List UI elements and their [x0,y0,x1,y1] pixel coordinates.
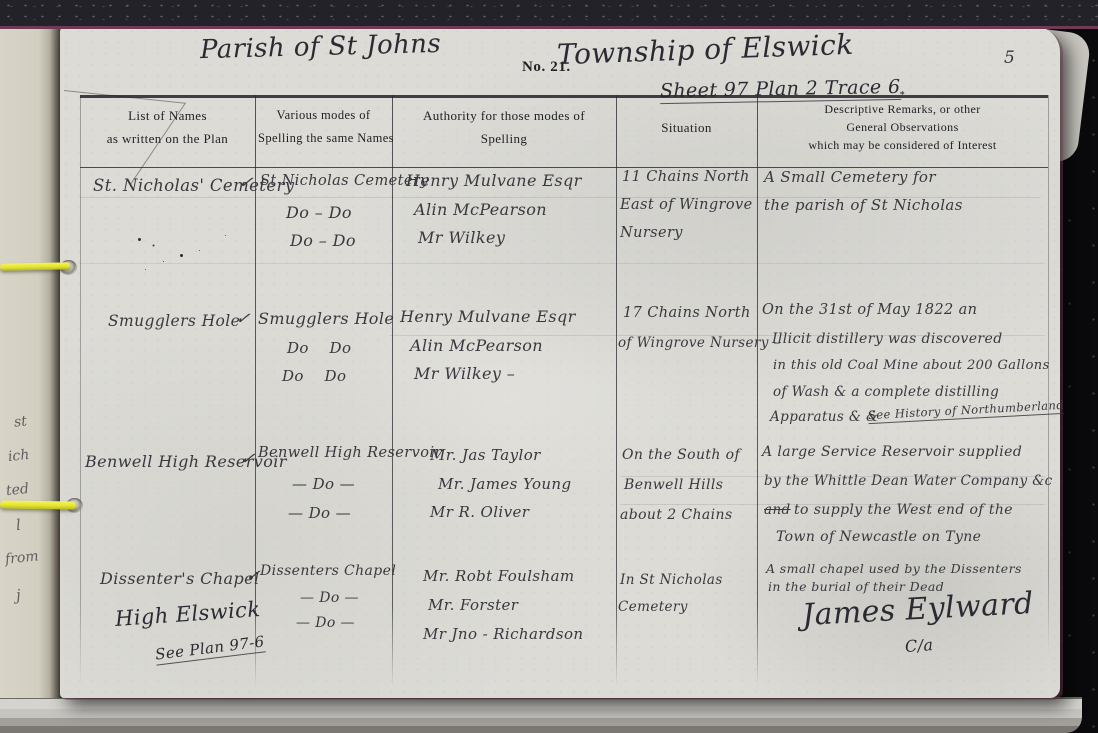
header-spelling-line1: Various modes of [258,108,389,123]
page-stack-edge [0,697,1082,733]
margin-text-fragment: ted [5,481,29,499]
header-spelling-line2: Spelling the same Names [258,131,389,146]
entry-name: Dissenter's Chapel [100,569,260,588]
header-remarks-line2: General Observations [762,120,1043,135]
header-remarks-line3: which may be considered of Interest [762,138,1043,153]
entry-spelling-line: Benwell High Reservoir [258,445,442,461]
entry-remarks-line: Illicit distillery was discovered [772,331,1003,347]
margin-text-fragment: j [15,586,22,604]
column-rule-4 [757,95,758,687]
table-left-rule [80,95,81,685]
township-title: Township of Elswick [557,28,855,71]
entry-spelling-line: Smugglers Hole [258,309,394,328]
entry-situation-line: of Wingrove Nursery – [618,335,781,351]
entry-spelling-line: St Nicholas Cemetery [260,173,429,189]
entry-situation-line: East of Wingrove [620,197,753,213]
name-note-line: See Plan 97-6 [154,632,266,665]
folio-number: 5 [1004,48,1015,68]
entry-spelling-line: Do – Do [290,231,356,250]
entry-spelling-line: — Do — [292,475,355,493]
entry-situation-line: Benwell Hills [624,477,723,493]
entry-spelling-line: Do Do [282,367,346,385]
name-book-page: Parish of St Johns No. 21. Township of E… [60,26,1060,698]
entry-authority-line: Mr R. Oliver [430,503,529,521]
entry-remarks-line: Town of Newcastle on Tyne [776,529,981,545]
margin-text-fragment: l [15,516,22,534]
entry-spelling-line: Do – Do [286,203,352,222]
entry-remarks-line: the parish of St Nicholas [764,196,963,214]
ink-speckles [138,238,141,241]
entry-remarks-line: to supply the West end of the [794,502,1013,518]
entry-authority-line: Henry Mulvane Esqr [400,307,576,326]
parish-title: Parish of St Johns [200,29,442,65]
header-authority-line2: Spelling [397,131,611,147]
header-names-line1: List of Names [85,108,250,124]
entry-remarks-line: A small chapel used by the Dissenters [766,561,1022,576]
entry-remarks-line: A Small Cemetery for [764,168,936,186]
header-remarks-footnote-mark: * [762,90,1043,101]
entry-situation-line: On the South of [622,447,740,463]
entry-situation-line: Cemetery [618,599,688,615]
entry-authority-line: Alin McPearson [410,336,543,355]
entry-spelling-line: — Do — [300,590,359,606]
name-note-line: High Elswick [114,597,261,631]
entry-authority-line: Mr Wilkey – [414,364,515,383]
binding-thread-top [0,262,70,270]
see-history-note: See History of Northumberland [868,398,1065,424]
entry-situation-line: 17 Chains North [623,305,751,321]
entry-authority-line: Mr. Forster [428,596,518,614]
entry-authority-line: Mr. Jas Taylor [430,446,541,464]
ghost-line [80,263,1045,264]
entry-remarks-line: by the Whittle Dean Water Company &c [764,473,1053,489]
entry-remarks-line: in this old Coal Mine about 200 Gallons [773,358,1050,373]
struck-word: and [764,502,791,518]
entry-remarks-line: On the 31st of May 1822 an [762,302,977,318]
entry-spelling-line: — Do — [288,504,351,522]
entry-remarks-line: Apparatus & & [770,409,878,425]
header-authority-line1: Authority for those modes of [397,108,611,124]
margin-text-fragment: ich [7,447,30,465]
scanned-book-photo: st ich ted l from j Parish of St Johns N… [0,0,1098,733]
book-top-edge-band [0,0,1098,29]
entry-spelling-line: Dissenters Chapel [260,563,396,579]
header-names-line2: as written on the Plan [85,131,250,147]
entry-authority-line: Mr Wilkey [418,228,505,247]
entry-situation-line: Nursery [620,225,683,241]
entry-situation-line: In St Nicholas [620,572,723,588]
margin-text-fragment: from [4,548,39,567]
table-right-rule [1048,95,1049,655]
entry-situation-line: 11 Chains North [622,169,750,185]
margin-text-fragment: st [13,413,27,430]
entry-remarks-line: of Wash & a complete distilling [773,384,999,400]
previous-page-edge: st ich ted l from j [0,26,62,698]
entry-authority-line: Henry Mulvane Esqr [406,171,582,190]
signature-mark: C/a [904,635,934,656]
entry-spelling-line: — Do — [296,615,355,631]
entry-authority-line: Mr. Robt Foulsham [423,567,575,585]
binding-thread-bottom [0,500,76,509]
header-situation: Situation [620,120,753,136]
entry-authority-line: Mr. James Young [438,475,572,493]
entry-situation-line: about 2 Chains [620,507,733,523]
entry-name: Smugglers Hole [108,312,240,330]
entry-authority-line: Mr Jno - Richardson [423,625,583,643]
entry-remarks-line: A large Service Reservoir supplied [762,444,1022,460]
entry-authority-line: Alin McPearson [414,200,547,219]
header-remarks-line1: Descriptive Remarks, or other [762,102,1043,117]
entry-spelling-line: Do Do [287,339,351,357]
